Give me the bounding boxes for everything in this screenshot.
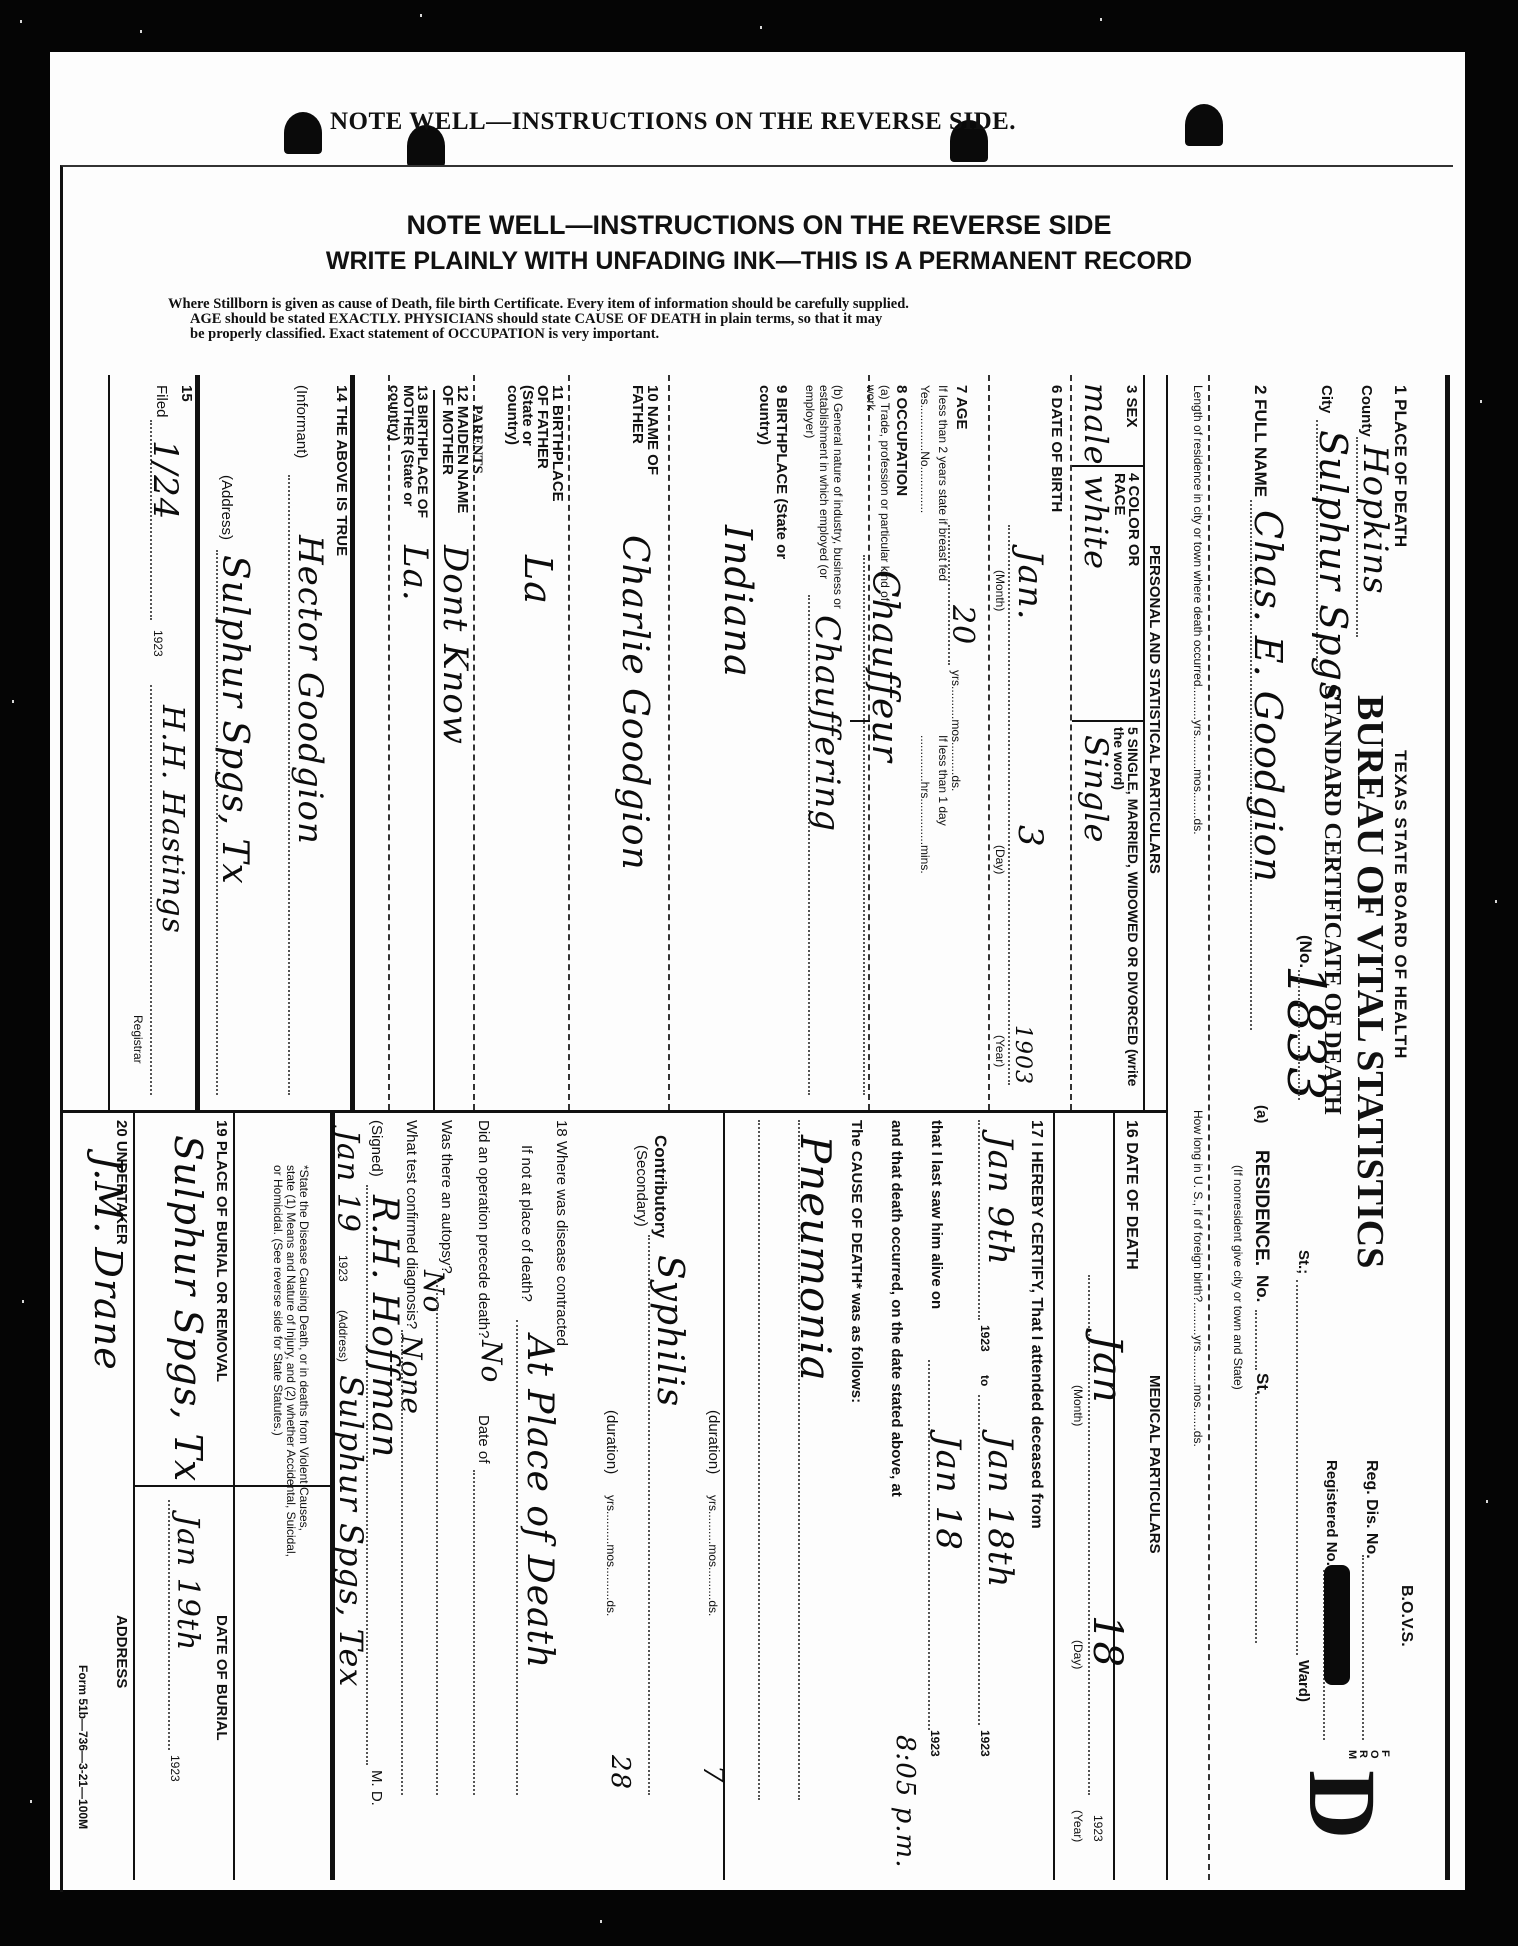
instruction-line: AGE should be stated EXACTLY. PHYSICIANS… [168, 312, 1318, 327]
burial-date-value: Jan 19th [170, 1515, 205, 1651]
punch-hole-icon [284, 112, 322, 154]
breast-fed-yes-no: Yes..............No.............. [918, 385, 932, 513]
header-note: NOTE WELL—INSTRUCTIONS ON THE REVERSE SI… [0, 210, 1518, 241]
operation-label: Did an operation precede death? [475, 1120, 492, 1339]
operation-date-field [473, 1470, 475, 1795]
rule [1072, 720, 1145, 722]
residence-label: RESIDENCE. [1250, 1150, 1272, 1266]
death-month-label: (Month) [1071, 1385, 1085, 1426]
signed-value: R.H. Hoffman [364, 1195, 405, 1458]
rule [1053, 1110, 1055, 1880]
father-label: 10 NAME OF FATHER [630, 385, 660, 475]
rule [350, 375, 355, 1110]
to-label: to [978, 1375, 992, 1386]
undertaker-address-label: ADDRESS [113, 1615, 130, 1688]
marital-value: Single [1077, 735, 1115, 843]
attended-from: Jan 9th [980, 1135, 1020, 1266]
attended-to-year: 1923 [978, 1730, 992, 1757]
scan-noise [12, 700, 14, 703]
header-ink-note: WRITE PLAINLY WITH UNFADING INK—THIS IS … [0, 247, 1518, 276]
cause-field-2 [758, 1120, 760, 1800]
certify-text: 17 I HEREBY CERTIFY, That I attended dec… [1027, 1120, 1045, 1529]
mother-value: Dont Know [435, 545, 475, 745]
rule [988, 375, 990, 1110]
instruction-line: Where Stillborn is given as cause of Dea… [168, 297, 1318, 312]
signed-date: Jan 19 [330, 1130, 365, 1233]
full-name-value: Chas. E. Goodgion [1246, 510, 1290, 883]
operation-value: No [475, 1340, 508, 1383]
age-units: yrs..........mos..........ds. [949, 670, 963, 791]
residence-st-field [1255, 1393, 1257, 1643]
rule [1070, 375, 1072, 1110]
violent-note: *State the Disease Causing Death, or in … [271, 1165, 310, 1557]
filed-number: 15 [178, 385, 195, 402]
last-saw-text: that I last saw him alive on [928, 1120, 945, 1309]
board-title: TEXAS STATE BOARD OF HEALTH [1390, 750, 1410, 1059]
duration-label: (duration) [705, 1410, 722, 1474]
st-label: St.; [1295, 1250, 1312, 1274]
attended-from-field [978, 1120, 980, 1320]
contributory-duration-label: (duration) [603, 1410, 620, 1474]
duration-days: 7 [697, 1765, 730, 1784]
year-label: (Year) [993, 1035, 1007, 1067]
occupation-b-label: (b) General nature of industry, business… [803, 385, 845, 615]
mother-birthplace-value: La. [395, 545, 435, 602]
marital-label: 5 SINGLE, MARRIED, WIDOWED OR DIVORCED (… [1112, 727, 1140, 1107]
city-label: City [1318, 385, 1335, 413]
medical-section-title: MEDICAL PARTICULARS [1146, 1375, 1163, 1554]
filed-year: 1923 [151, 630, 165, 657]
rule [568, 375, 570, 1110]
signed-address-label: (Address) [336, 1310, 350, 1362]
burial-year: 1923 [168, 1755, 182, 1782]
mother-birthplace-label: 13 BIRTHPLACE OF MOTHER (State or countr… [388, 385, 430, 525]
form-letter: D [1294, 1770, 1390, 1839]
registrar-value: H.H. Hastings [155, 705, 190, 934]
father-value: Charlie Goodgion [614, 535, 655, 871]
where-field [516, 1320, 518, 1795]
length-of-residence: Length of residence in city or town wher… [1191, 385, 1205, 835]
informant-value: Hector Goodgion [290, 535, 330, 845]
residence-st-label: St. [1252, 1373, 1272, 1395]
sex-value: male [1077, 383, 1115, 466]
bureau-title: BUREAU OF VITAL STATISTICS [1348, 695, 1392, 1268]
last-saw-value: Jan 18 [928, 1435, 968, 1551]
st-field [1296, 1280, 1298, 1655]
death-day: 18 [1084, 1615, 1130, 1668]
secondary-label: (Secondary) [633, 1145, 650, 1227]
rule [108, 375, 110, 1110]
center-divider [60, 1110, 1168, 1113]
registrar-label: Registrar [131, 1015, 145, 1064]
scan-noise [1486, 1500, 1488, 1503]
death-time: 8:05 p.m. [890, 1735, 920, 1868]
rule [668, 375, 670, 1110]
test-label: What test confirmed diagnosis? [403, 1120, 420, 1329]
autopsy-value: No [417, 1270, 450, 1313]
form-letter-side: FORM [1346, 1750, 1390, 1762]
date-of-death-label: 16 DATE OF DEATH [1122, 1120, 1140, 1270]
scan-noise [1100, 18, 1102, 21]
attended-to-field [978, 1395, 980, 1725]
where-value: At Place of Death [519, 1335, 560, 1669]
autopsy-label: Was there an autopsy? [438, 1120, 455, 1274]
burial-place-label: 19 PLACE OF BURIAL OR REMOVAL [213, 1120, 230, 1382]
form-number: Form 51b—736—3-21—100M [76, 1665, 90, 1829]
how-long-in-us: How long in U. S., if of foreign birth?.… [1191, 1110, 1205, 1447]
scan-noise [30, 1800, 32, 1803]
rule [195, 375, 200, 1110]
not-at-place-label: If not at place of death? [518, 1145, 535, 1302]
duration-units: yrs..........mos..........ds. [706, 1495, 720, 1616]
punch-hole-icon [1185, 104, 1223, 146]
registered-no-label: Registered No. [1323, 1460, 1340, 1566]
signed-year: 1923 [336, 1255, 350, 1282]
filed-label: Filed [153, 385, 170, 418]
scan-noise [1480, 400, 1482, 403]
reg-dis-field [1362, 1555, 1364, 1740]
signed-label: (Signed) [368, 1120, 385, 1177]
month-label: (Month) [993, 570, 1007, 611]
age-value: 20 [945, 605, 980, 645]
no-label: (No. [1295, 935, 1315, 968]
rule [1208, 375, 1210, 1880]
color-label: 4 COLOR OR RACE [1112, 473, 1140, 603]
nonresident-note: (If nonresident give city or town and St… [1231, 1165, 1245, 1390]
address-label: (Address) [218, 475, 235, 540]
date-of-label: Date of [475, 1415, 492, 1463]
city-value: Sulphur Spgs [1311, 430, 1355, 702]
rule [133, 1110, 135, 1880]
no-field [1298, 970, 1300, 1100]
scan-noise [600, 1920, 602, 1923]
hrs-mins: ..............hrs..............mins. [918, 735, 932, 874]
less-than-day: If less than 1 day [936, 735, 950, 826]
birthplace-value: Indiana [716, 525, 760, 678]
scan-noise [1495, 900, 1497, 903]
instructions: Where Stillborn is given as cause of Dea… [168, 297, 1318, 342]
scan-noise [20, 20, 22, 23]
dob-label: 6 DATE OF BIRTH [1048, 385, 1065, 512]
burial-date-label: DATE OF BURIAL [213, 1615, 230, 1741]
signed-address-value: Sulphur Spgs, Tex [332, 1375, 370, 1687]
cause-text: The CAUSE OF DEATH* was as follows: [848, 1120, 865, 1403]
top-note: NOTE WELL—INSTRUCTIONS ON THE REVERSE SI… [330, 108, 1016, 136]
reg-dis-label: Reg. Dis. No. [1362, 1460, 1380, 1559]
rule [233, 1110, 235, 1880]
undertaker-value: J.M. Drane [86, 1155, 130, 1371]
sex-label: 3 SEX [1123, 385, 1140, 428]
occupation-label: 8 OCCUPATION [893, 385, 910, 496]
dob-year: 1903 [1010, 1025, 1035, 1085]
age-note: If less than 2 years state if breast fed [936, 385, 950, 581]
last-saw-year: 1923 [928, 1730, 942, 1757]
father-birthplace-value: La [516, 555, 560, 605]
rotated-form-region: 1 PLACE OF DEATH TEXAS STATE BOARD OF HE… [60, 375, 1450, 1880]
rule [433, 390, 435, 1110]
no-value: 1833 [1275, 965, 1335, 1101]
county-label: County [1358, 385, 1375, 437]
registrar-field [150, 685, 152, 1095]
full-name-label: 2 FULL NAME [1250, 385, 1270, 497]
scan-noise [420, 14, 422, 17]
death-year-label: (Year) [1071, 1810, 1085, 1842]
above-is-true-label: 14 THE ABOVE IS TRUE [333, 385, 350, 556]
instruction-line: be properly classified. Exact statement … [168, 327, 1318, 342]
death-certificate-form: 1 PLACE OF DEATH TEXAS STATE BOARD OF HE… [60, 375, 1450, 1880]
contributory-duration-days: 28 [605, 1755, 635, 1790]
where-contracted-label: 18 Where was disease contracted [553, 1120, 570, 1346]
autopsy-field [436, 1280, 438, 1795]
rule [1113, 1110, 1115, 1880]
rule [1166, 375, 1168, 1880]
father-birthplace-label: 11 BIRTHPLACE OF FATHER (State or countr… [505, 385, 565, 505]
rule [1143, 375, 1145, 1110]
redaction-mark [1324, 1565, 1350, 1685]
residence-no-label: No. [1252, 1275, 1272, 1302]
attended-from-year: 1923 [978, 1325, 992, 1352]
scan-noise [140, 30, 142, 33]
residence-no-field [1255, 1310, 1257, 1370]
death-month: Jan [1084, 1335, 1130, 1404]
contributory-duration-units: yrs..........mos..........ds. [604, 1495, 618, 1616]
address-value: Sulphur Spgs, Tx [214, 555, 255, 885]
scan-noise [22, 1300, 24, 1303]
county-value: Hopkins [1355, 445, 1395, 595]
filed-value: 1/24 [145, 440, 185, 520]
scan-noise [760, 26, 762, 29]
bovs-label: B.O.V.S. [1397, 1585, 1415, 1647]
contributory-label: Contributory [650, 1135, 670, 1238]
a-label: (a) [1253, 1105, 1270, 1123]
form-top-rule [1445, 375, 1450, 1880]
cause-field [798, 1120, 800, 1800]
death-year: 1923 [1091, 1815, 1105, 1842]
death-occurred-text: and that death occurred, on the date sta… [888, 1120, 905, 1497]
burial-place-value: Sulphur Spgs, Tx [166, 1135, 210, 1482]
md-label: M. D. [368, 1770, 385, 1806]
occupation-value: Chauffeur [864, 570, 905, 763]
day-label: (Day) [993, 845, 1007, 874]
mother-label: 12 MAIDEN NAME OF MOTHER [440, 385, 470, 525]
dob-month: Jan. [1010, 550, 1050, 621]
color-value: white [1077, 475, 1115, 570]
personal-section-title: PERSONAL AND STATISTICAL PARTICULARS [1146, 545, 1163, 874]
dob-day: 3 [1010, 825, 1050, 848]
informant-label: (Informant) [293, 385, 310, 458]
birthplace-label: 9 BIRTHPLACE (State or country) [756, 385, 790, 585]
age-label: 7 AGE [953, 385, 970, 429]
ward-label: Ward) [1295, 1660, 1312, 1702]
contributory-value: Syphilis [649, 1255, 690, 1407]
employer-value: Chauffering [807, 615, 847, 832]
death-day-label: (Day) [1071, 1640, 1085, 1669]
attended-to: Jan 18th [980, 1435, 1020, 1588]
